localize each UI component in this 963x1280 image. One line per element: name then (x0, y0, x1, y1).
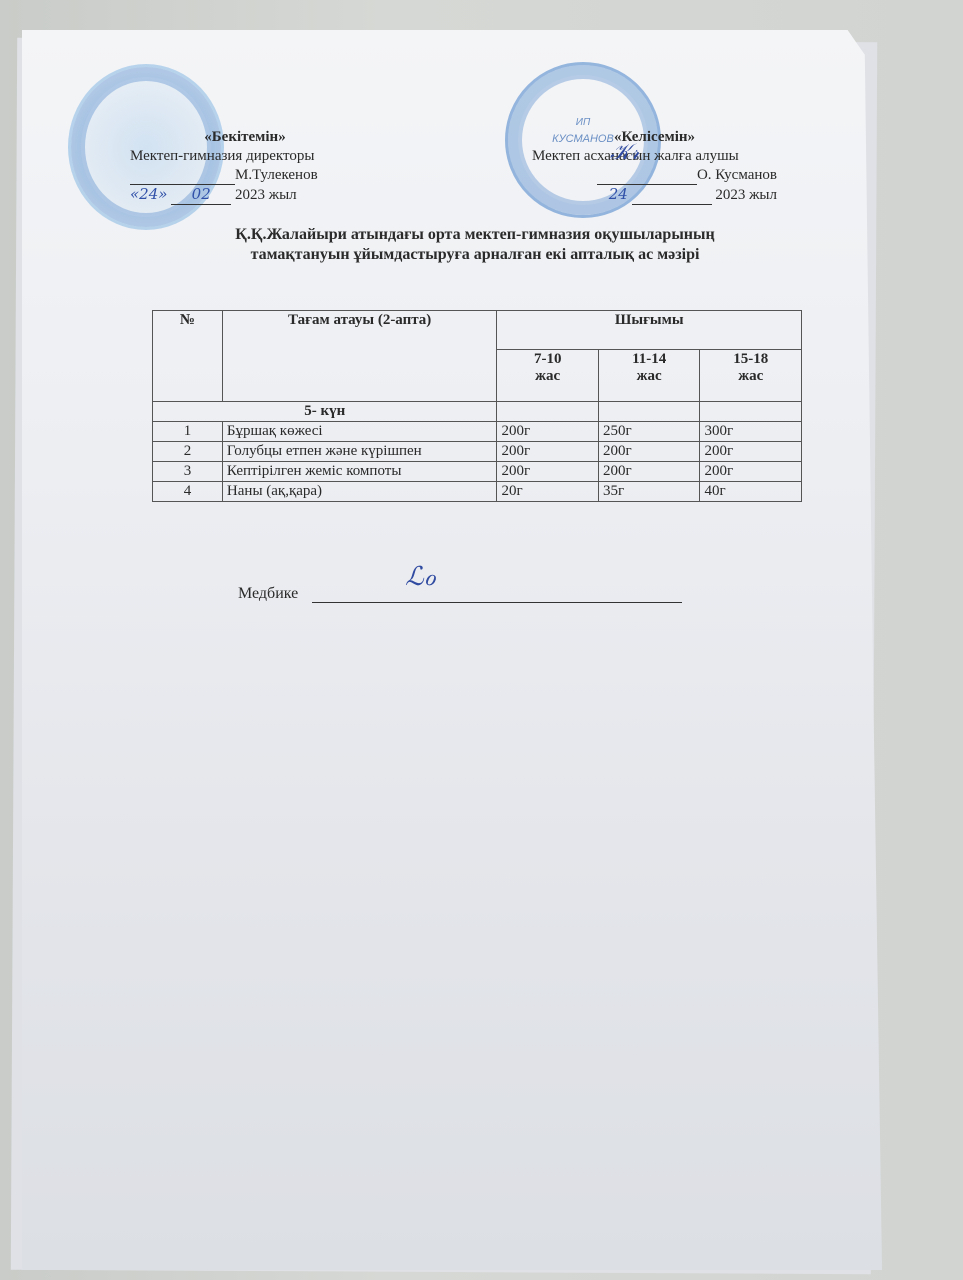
header-number: № (153, 311, 223, 402)
dish-name: Наны (ақ,қара) (222, 482, 497, 502)
table-row: 3Кептірілген жеміс компоты200г200г200г (153, 462, 802, 482)
date-day: «24» (130, 185, 167, 203)
header-age-group: 11-14жас (598, 350, 700, 402)
approver-name: О. Кусманов (697, 167, 777, 183)
date-month: 02 (171, 185, 231, 205)
dish-name: Кептірілген жеміс компоты (222, 462, 497, 482)
date-day: 24 (609, 185, 628, 203)
approval-block-vendor: «Келісемін» Мектеп асханасын жалға алушы… (532, 128, 777, 205)
day-label: 5- күн (153, 402, 497, 422)
approver-position: Мектеп-гимназия директоры (130, 147, 360, 166)
menu-table: № Тағам атауы (2-апта) Шығымы 7-10жас11-… (152, 310, 802, 502)
nurse-label: Медбике (238, 585, 298, 602)
signature-line (597, 170, 697, 185)
portion-value: 200г (700, 462, 802, 482)
date-line (632, 190, 712, 205)
nurse-signature-block: Медбике (238, 585, 682, 603)
age-range: 15-18 (704, 351, 797, 368)
approver-name: М.Тулекенов (235, 167, 318, 183)
table-row: 4 Наны (ақ,қара)20г35г40г (153, 482, 802, 502)
header-age-group: 15-18жас (700, 350, 802, 402)
approval-heading: «Бекітемін» (130, 128, 360, 147)
row-number: 3 (153, 462, 223, 482)
portion-value: 20г (497, 482, 599, 502)
portion-value: 200г (598, 442, 700, 462)
signature-line (312, 588, 682, 603)
header-output: Шығымы (497, 311, 802, 350)
age-unit: жас (501, 368, 594, 385)
portion-value: 250г (598, 422, 700, 442)
header-dish-name: Тағам атауы (2-апта) (222, 311, 497, 402)
age-range: 11-14 (603, 351, 696, 368)
portion-value: 200г (497, 442, 599, 462)
date-year: 2023 жыл (715, 187, 777, 203)
vendor-signature-icon: 𝒦𝓇 (610, 140, 640, 165)
title-line-1: Қ.Қ.Жалайыри атындағы орта мектеп-гимназ… (150, 225, 800, 245)
table-row: 2Голубцы етпен және күрішпен200г200г200г (153, 442, 802, 462)
row-number: 4 (153, 482, 223, 502)
dish-name: Бұршақ көжесі (222, 422, 497, 442)
portion-value: 300г (700, 422, 802, 442)
portion-value: 40г (700, 482, 802, 502)
approver-position: Мектеп асханасын жалға алушы (532, 147, 777, 166)
portion-value: 200г (497, 462, 599, 482)
portion-value: 35г (598, 482, 700, 502)
signature-line (130, 170, 235, 185)
title-line-2: тамақтануын ұйымдастыруға арналған екі а… (150, 245, 800, 265)
row-number: 1 (153, 422, 223, 442)
date-year: 2023 жыл (235, 187, 297, 203)
approval-heading: «Келісемін» (532, 128, 777, 147)
dish-name: Голубцы етпен және күрішпен (222, 442, 497, 462)
table-row: 1Бұршақ көжесі200г250г300г (153, 422, 802, 442)
portion-value: 200г (700, 442, 802, 462)
document-title: Қ.Қ.Жалайыри атындағы орта мектеп-гимназ… (150, 225, 800, 265)
age-unit: жас (704, 368, 797, 385)
age-unit: жас (603, 368, 696, 385)
stamp-label-ip: ИП (508, 117, 658, 128)
portion-value: 200г (497, 422, 599, 442)
approval-block-director: «Бекітемін» Мектеп-гимназия директоры М.… (130, 128, 360, 205)
portion-value: 200г (598, 462, 700, 482)
age-range: 7-10 (501, 351, 594, 368)
nurse-signature-icon: ℒℴ (405, 562, 436, 592)
header-age-group: 7-10жас (497, 350, 599, 402)
row-number: 2 (153, 442, 223, 462)
